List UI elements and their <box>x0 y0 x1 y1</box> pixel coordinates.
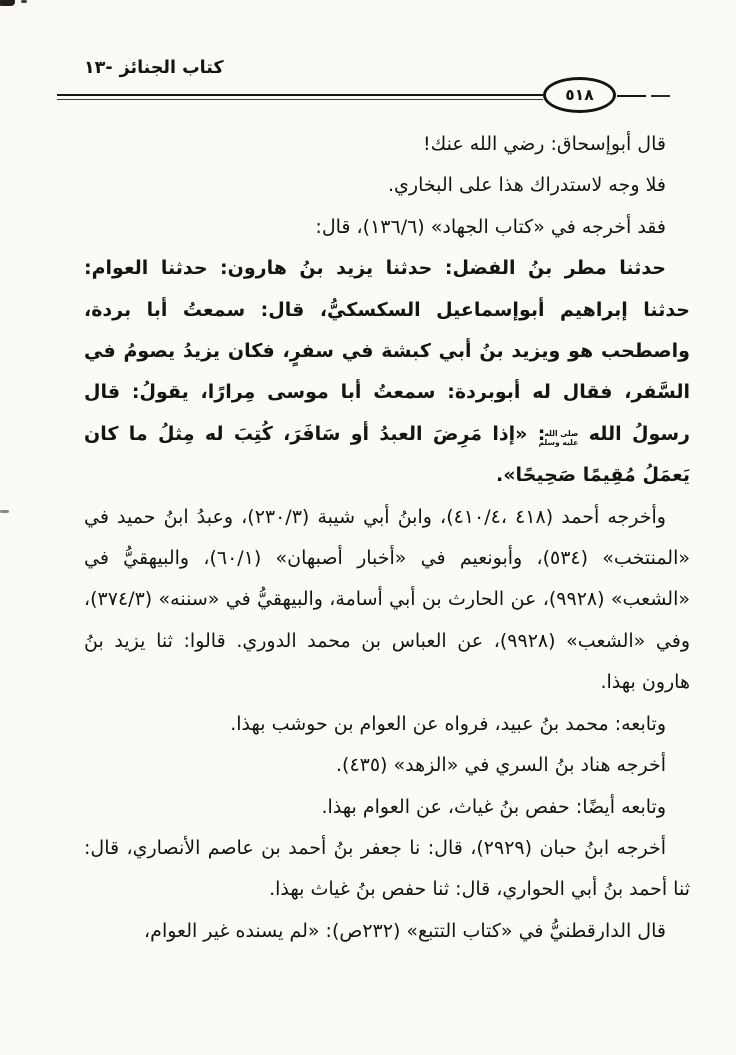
paragraph-3: فقد أخرجه في «كتاب الجهاد» (١٣٦/٦)، قال: <box>84 207 690 248</box>
citation: (٦٠/١) <box>209 547 261 569</box>
text-run: : «لم يسنده غير العوام، <box>144 920 332 942</box>
citation: (٩٩٢٨) <box>549 588 605 610</box>
paragraph-2: فلا وجه لاستدراك هذا على البخاري. <box>84 165 690 206</box>
text-run: وتابعه أيضًا: حفص بنُ غياث، عن العوام به… <box>322 796 667 818</box>
citation: (٥٣٤) <box>543 547 588 569</box>
citation: (٤٣٥) <box>342 754 387 776</box>
text-run: ، وابنُ أبي شيبة <box>309 506 446 528</box>
header-rule-right <box>617 95 646 97</box>
header-rule-left <box>57 94 544 96</box>
paragraph-4: حدثنا مطر بنُ الفضل: حدثنا يزيد بنُ هارو… <box>84 248 690 496</box>
text-run: ، عن الحارث بن أبي أسامة، والبيهقيُّ في … <box>152 588 549 610</box>
paragraph-1: قال أبوإسحاق: رضي الله عنك! <box>84 124 690 165</box>
saw-symbol: صلى اللهعليه وسلم <box>545 430 578 447</box>
text-run: فقد أخرجه في «كتاب الجهاد» <box>425 216 666 238</box>
text-run: قال أبوإسحاق: رضي الله عنك! <box>423 133 666 155</box>
citation: (١٣٦/٦) <box>363 216 425 238</box>
text-block: قال أبوإسحاق: رضي الله عنك!فلا وجه لاستد… <box>84 124 690 952</box>
paragraph-9: أخرجه ابنُ حبان (٢٩٢٩)، قال: نا جعفر بنُ… <box>84 828 690 911</box>
page-number: ٥١٨ <box>565 86 593 104</box>
running-header: ١٣- كتاب الجنائز <box>84 58 224 78</box>
header-rule-left-thin <box>57 99 543 100</box>
citation: (ص٢٣٢) <box>332 920 400 942</box>
citation: (٩٩٢٨) <box>500 630 556 652</box>
paragraph-7: أخرجه هناد بنُ السري في «الزهد» (٤٣٥). <box>84 745 690 786</box>
text-run: قال الدارقطنيُّ في «كتاب التتبع» <box>400 920 666 942</box>
text-run: ، وأبونعيم في «أخبار أصبهان» <box>261 547 542 569</box>
header-rule-right-dash <box>651 95 670 97</box>
scan-artifact <box>0 510 9 513</box>
text-run: وأخرجه أحمد <box>553 506 666 528</box>
paragraph-8: وتابعه أيضًا: حفص بنُ غياث، عن العوام به… <box>84 787 690 828</box>
paragraph-5: وأخرجه أحمد (٤١٠/٤، ٤١٨)، وابنُ أبي شيبة… <box>84 497 690 704</box>
scan-artifact <box>21 0 27 3</box>
text-run: أخرجه هناد بنُ السري في «الزهد» <box>387 754 666 776</box>
paragraph-10: قال الدارقطنيُّ في «كتاب التتبع» (ص٢٣٢):… <box>84 911 690 952</box>
text-run: ، قال: <box>315 216 362 238</box>
citation: (٣٧٤/٣) <box>90 588 152 610</box>
paragraph-6: وتابعه: محمد بنُ عبيد، فرواه عن العوام ب… <box>84 704 690 745</box>
text-run: فلا وجه لاستدراك هذا على البخاري. <box>388 174 666 196</box>
text-run: أخرجه ابنُ حبان <box>532 837 666 859</box>
chapter-title: كتاب الجنائز <box>120 58 224 78</box>
text-run: وتابعه: محمد بنُ عبيد، فرواه عن العوام ب… <box>230 713 666 735</box>
chapter-number: ١٣- <box>84 58 113 78</box>
book-page: ١٣- كتاب الجنائز ٥١٨ قال أبوإسحاق: رضي ا… <box>0 0 736 1055</box>
citation: (٢٣٠/٣) <box>247 506 309 528</box>
page-number-oval: ٥١٨ <box>543 77 616 113</box>
scan-artifact <box>0 0 15 6</box>
text-run: حدثنا مطر بنُ الفضل: حدثنا يزيد بنُ هارو… <box>84 257 690 445</box>
citation: (٢٩٢٩) <box>476 837 532 859</box>
citation: (٤١٠/٤، ٤١٨) <box>446 506 553 528</box>
